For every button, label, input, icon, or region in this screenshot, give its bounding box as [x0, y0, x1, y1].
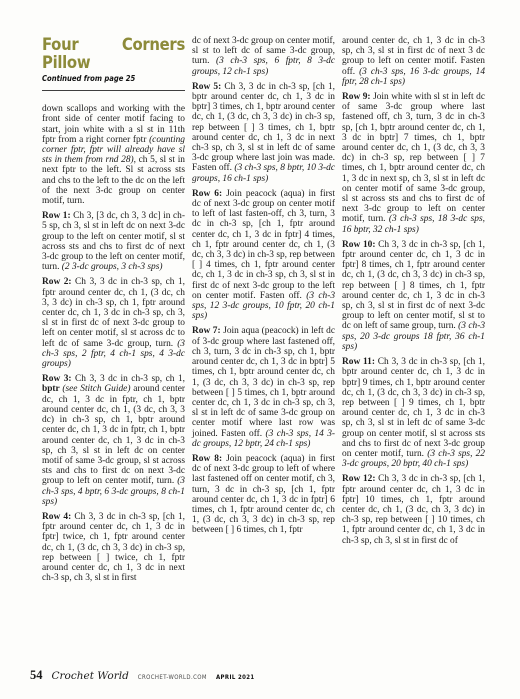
- text-run: Join peacock (aqua) in first dc of next …: [192, 189, 335, 301]
- row-label: Row 4:: [42, 512, 74, 522]
- text-run: around center dc, ch 1, 3 dc in fptr, ch…: [42, 384, 185, 486]
- text-column: Four Corners Pillow Continued from page …: [42, 36, 185, 583]
- pattern-paragraph: Row 2: Ch 3, 3 dc in ch-3 sp, ch 1, fptr…: [42, 277, 185, 369]
- text-column: dc of next 3-dc group on center motif, s…: [192, 36, 335, 583]
- pattern-paragraph: Row 7: Join aqua (peacock) in left dc of…: [192, 326, 335, 448]
- magazine-website: CROCHET-WORLD.COM: [138, 674, 207, 681]
- row-label: Row 11:: [342, 357, 378, 367]
- text-run: Join peacock (aqua) in first dc of next …: [192, 454, 335, 535]
- text-run: Ch 3, 3 dc in ch-3 sp, ch 1,: [75, 374, 185, 384]
- pattern-paragraph: around center dc, ch 1, 3 dc in ch-3 sp,…: [342, 36, 485, 87]
- row-label: Row 8:: [192, 454, 226, 464]
- row-label: Row 3:: [42, 374, 75, 384]
- pattern-paragraph: Row 1: Ch 3, [3 dc, ch 3, 3 dc] in ch-5 …: [42, 211, 185, 272]
- pattern-paragraph: Row 9: Join white with sl st in left dc …: [342, 92, 485, 235]
- pattern-paragraph: Row 5: Ch 3, 3 dc in ch-3 sp, [ch 1, bpt…: [192, 82, 335, 184]
- article-body: Four Corners Pillow Continued from page …: [42, 36, 490, 583]
- pattern-paragraph: Row 3: Ch 3, 3 dc in ch-3 sp, ch 1, bptr…: [42, 374, 185, 507]
- row-label: bptr: [42, 384, 62, 394]
- text-run: Ch 3, 3 dc in ch-3 sp, ch 1, fptr around…: [42, 277, 185, 348]
- text-column: around center dc, ch 1, 3 dc in ch-3 sp,…: [342, 36, 485, 583]
- magazine-title: Crochet World: [52, 670, 129, 682]
- magazine-page: Four Corners Pillow Continued from page …: [0, 0, 520, 699]
- text-run: Ch 3, 3 dc in ch-3 sp, [ch 1, fptr aroun…: [42, 512, 185, 583]
- stitch-count: (see Stitch Guide): [62, 384, 130, 394]
- pattern-paragraph: Row 8: Join peacock (aqua) in first dc o…: [192, 454, 335, 536]
- continued-from-note: Continued from page 25: [42, 74, 185, 84]
- text-run: Ch 3, 3 dc in ch-3 sp, [ch 1, bptr aroun…: [192, 82, 335, 174]
- row-label: Row 1:: [42, 211, 73, 221]
- pattern-paragraph: Row 11: Ch 3, 3 dc in ch-3 sp, [ch 1, bp…: [342, 357, 485, 469]
- text-run: Join aqua (peacock) in left dc of 3-dc g…: [192, 326, 335, 438]
- article-title: Four Corners Pillow: [42, 36, 185, 72]
- header-rule: [42, 90, 185, 91]
- page-footer: 54 Crochet World CROCHET-WORLD.COM APRIL…: [30, 668, 255, 683]
- pattern-paragraph: Row 6: Join peacock (aqua) in first dc o…: [192, 189, 335, 322]
- article-header: Four Corners Pillow Continued from page …: [42, 36, 185, 91]
- text-run: Join white with sl st in left dc of same…: [342, 92, 485, 224]
- text-run: Ch 3, 3 dc in ch-3 sp, [ch 1, fptr aroun…: [342, 240, 485, 332]
- pattern-paragraph: dc of next 3-dc group on center motif, s…: [192, 36, 335, 77]
- row-label: Row 12:: [342, 474, 378, 484]
- row-label: Row 10:: [342, 240, 378, 250]
- text-run: Ch 3, 3 dc in ch-3 sp, [ch 1, bptr aroun…: [342, 357, 485, 459]
- row-label: Row 7:: [192, 326, 223, 336]
- issue-date: APRIL 2021: [216, 674, 255, 681]
- stitch-count: (2 3-dc groups, 3 ch-3 sps): [62, 262, 163, 272]
- page-number: 54: [30, 668, 43, 683]
- pattern-paragraph: Row 12: Ch 3, 3 dc in ch-3 sp, [ch 1, fp…: [342, 474, 485, 545]
- pattern-paragraph: Row 10: Ch 3, 3 dc in ch-3 sp, [ch 1, fp…: [342, 240, 485, 352]
- row-label: Row 6:: [192, 189, 226, 199]
- pattern-paragraph: down scallops and working with the front…: [42, 104, 185, 206]
- text-run: Ch 3, 3 dc in ch-3 sp, [ch 1, fptr aroun…: [342, 474, 485, 545]
- stitch-count: (3 ch-3 sps, 16 3-dc groups, 14 fptr, 28…: [342, 67, 485, 87]
- row-label: Row 2:: [42, 277, 75, 287]
- row-label: Row 9:: [342, 92, 373, 102]
- pattern-paragraph: Row 4: Ch 3, 3 dc in ch-3 sp, [ch 1, fpt…: [42, 512, 185, 583]
- row-label: Row 5:: [192, 82, 224, 92]
